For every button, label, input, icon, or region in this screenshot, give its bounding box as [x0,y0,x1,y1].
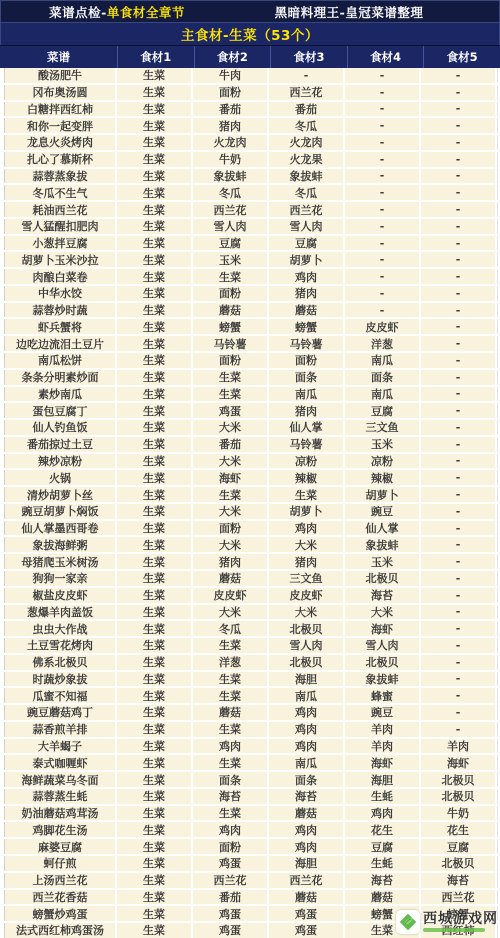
ingredient-cell: - [421,185,497,200]
table-row: 火锅生菜海虾辣椒辣椒- [0,470,500,487]
ingredient-cell: 鸡肉 [269,839,345,854]
ingredient-cell: 辣椒 [345,470,421,485]
header-left-title: 菜谱点检-单食材全章节 [1,3,233,21]
ingredient-cell: 冬瓜 [269,118,345,133]
ingredient-cell: - [421,387,497,402]
ingredient-cell: 蘑菇 [345,890,421,905]
ingredient-cell: 生菜 [117,638,193,653]
ingredient-cell: 猪肉 [269,286,345,301]
table-row: 中华水饺生菜面粉猪肉-- [0,286,500,303]
ingredient-cell: - [345,68,421,83]
ingredient-cell: - [345,303,421,318]
dish-name-cell: 泰式咖喱虾 [5,755,117,770]
ingredient-cell: 生蚝 [345,789,421,804]
ingredient-cell: 海苔 [193,789,269,804]
ingredient-cell: 生菜 [117,135,193,150]
ingredient-cell: - [345,102,421,117]
table-row: 冈布奥汤圆生菜面粉西兰花-- [0,85,500,102]
ingredient-cell: 洋葱 [345,336,421,351]
ingredient-cell: - [421,655,497,670]
ingredient-cell: 面粉 [193,521,269,536]
ingredient-cell: 鸡蛋 [269,906,345,921]
table-body: 酸汤肥牛生菜牛肉---冈布奥汤圆生菜面粉西兰花--白糖拌西红柿生菜番茄番茄--和… [0,68,500,938]
ingredient-cell: 生菜 [117,856,193,871]
table-row: 椒盐皮皮虾生菜皮皮虾皮皮虾海苔- [0,588,500,605]
ingredient-cell: 生菜 [117,487,193,502]
dish-name-cell: 南瓜松饼 [5,353,117,368]
ingredient-cell: - [421,554,497,569]
ingredient-cell: 海胆 [345,772,421,787]
header-left-highlight: 单食材全章节 [107,3,185,21]
ingredient-cell: - [421,470,497,485]
ingredient-cell: - [345,202,421,217]
ingredient-cell: 生菜 [345,923,421,938]
ingredient-cell: 生菜 [117,521,193,536]
ingredient-cell: 生菜 [117,319,193,334]
ingredient-cell: 蘑菇 [269,890,345,905]
ingredient-cell: 北极贝 [345,655,421,670]
ingredient-cell: 生菜 [117,873,193,888]
ingredient-cell: 三文鱼 [345,420,421,435]
ingredient-cell: 大米 [193,537,269,552]
dish-name-cell: 扎心了慕斯杯 [5,152,117,167]
ingredient-cell: 生菜 [117,353,193,368]
ingredient-cell: 羊肉 [345,739,421,754]
ingredient-cell: 生菜 [269,487,345,502]
ingredient-cell: 鸡肉 [345,806,421,821]
table-row: 西兰花香菇生菜番茄蘑菇蘑菇西兰花 [0,890,500,907]
table-row: 海鲜蔬菜乌冬面生菜面条面条海胆北极贝 [0,772,500,789]
table-row: 酸汤肥牛生菜牛肉--- [0,68,500,85]
ingredient-cell: 面条 [345,370,421,385]
table-row: 雪人猛醒扣肥肉生菜雪人肉雪人肉-- [0,219,500,236]
ingredient-cell: 蜂蜜 [345,688,421,703]
recipe-sheet: 菜谱点检-单食材全章节 黑暗料理王-皇冠菜谱整理 主食材-生菜（53个） 菜谱 … [0,0,500,938]
ingredient-cell: 鸡肉 [269,269,345,284]
dish-name-cell: 西兰花香菇 [5,890,117,905]
ingredient-cell: - [421,336,497,351]
ingredient-cell: - [421,303,497,318]
ingredient-cell: - [421,236,497,251]
ingredient-cell: 番茄 [193,437,269,452]
ingredient-cell: 生菜 [117,906,193,921]
ingredient-cell: 豆腐 [345,403,421,418]
ingredient-cell: 玉米 [345,554,421,569]
ingredient-cell: - [421,688,497,703]
ingredient-cell: - [421,152,497,167]
ingredient-cell: 花生 [421,822,497,837]
ingredient-cell: - [421,102,497,117]
ingredient-cell: 马铃薯 [193,336,269,351]
dish-name-cell: 蒜蓉蒸象拔 [5,169,117,184]
ingredient-cell: 面条 [269,370,345,385]
table-row: 鸡脚花生汤生菜鸡肉鸡肉花生花生 [0,822,500,839]
ingredient-cell: 豆腐 [421,839,497,854]
ingredient-cell: 生菜 [117,705,193,720]
dish-name-cell: 肉酿白菜卷 [5,269,117,284]
table-row: 肉酿白菜卷生菜生菜鸡肉-- [0,269,500,286]
ingredient-cell: - [421,487,497,502]
ingredient-cell: - [345,152,421,167]
ingredient-cell: - [345,185,421,200]
ingredient-cell: 生菜 [193,487,269,502]
column-header-ingredient3: 食材3 [271,46,348,68]
ingredient-cell: 北极贝 [269,621,345,636]
ingredient-cell: 面条 [193,772,269,787]
ingredient-cell: 南瓜 [269,755,345,770]
table-row: 清炒胡萝卜丝生菜生菜生菜胡萝卜- [0,487,500,504]
ingredient-cell: 鸡肉 [269,822,345,837]
dish-name-cell: 清炒胡萝卜丝 [5,487,117,502]
dish-name-cell: 法式西红柿鸡蛋汤 [5,923,117,938]
table-row: 蒜蓉蒸生蚝生菜海苔海苔生蚝北极贝 [0,789,500,806]
table-row: 边吃边流泪土豆片生菜马铃薯马铃薯洋葱- [0,336,500,353]
ingredient-cell: 北极贝 [421,789,497,804]
ingredient-cell: 鸡肉 [193,822,269,837]
ingredient-cell: 生菜 [117,303,193,318]
ingredient-cell: 生菜 [193,688,269,703]
ingredient-cell: 面粉 [193,286,269,301]
ingredient-cell: 鸡肉 [269,521,345,536]
dish-name-cell: 冈布奥汤圆 [5,85,117,100]
dish-name-cell: 边吃边流泪土豆片 [5,336,117,351]
ingredient-cell: 仙人掌 [269,420,345,435]
dish-name-cell: 象拔海鲜粥 [5,537,117,552]
table-row: 辣炒凉粉生菜大米凉粉凉粉- [0,454,500,471]
ingredient-cell: 鸡蛋 [269,923,345,938]
ingredient-cell: 北极贝 [421,856,497,871]
ingredient-cell: - [421,353,497,368]
ingredient-cell: - [421,219,497,234]
table-row: 麻婆豆腐生菜面粉鸡肉豆腐豆腐 [0,839,500,856]
ingredient-cell: 生菜 [117,185,193,200]
ingredient-cell: - [269,68,345,83]
table-row: 法式西红柿鸡蛋汤生菜鸡蛋鸡蛋生菜西红柿 [0,923,500,938]
ingredient-cell: 番茄 [193,102,269,117]
dish-name-cell: 小葱拌豆腐 [5,236,117,251]
column-header-ingredient1: 食材1 [118,46,195,68]
ingredient-cell: 生菜 [117,437,193,452]
ingredient-cell: 羊肉 [345,722,421,737]
ingredient-cell: 玉米 [345,437,421,452]
ingredient-cell: - [345,286,421,301]
ingredient-cell: 蘑菇 [269,806,345,821]
ingredient-cell: - [421,705,497,720]
ingredient-cell: 雪人肉 [269,638,345,653]
dish-name-cell: 蒜蓉炒时蔬 [5,303,117,318]
ingredient-cell: 辣椒 [269,470,345,485]
ingredient-cell: 胡萝卜 [269,504,345,519]
ingredient-cell: 冬瓜 [193,185,269,200]
ingredient-cell: 海胆 [269,856,345,871]
ingredient-cell: 豆腐 [269,236,345,251]
column-header-ingredient4: 食材4 [348,46,425,68]
header-right-title: 黑暗料理王-皇冠菜谱整理 [233,3,499,21]
ingredient-cell: 生菜 [117,85,193,100]
ingredient-cell: 胡萝卜 [269,252,345,267]
ingredient-cell: 羊肉 [421,739,497,754]
ingredient-cell: 海虾 [193,470,269,485]
ingredient-cell: 火龙果 [269,152,345,167]
ingredient-cell: 面粉 [193,839,269,854]
ingredient-cell: 面粉 [193,353,269,368]
ingredient-cell: 豆腐 [345,839,421,854]
ingredient-cell: 生菜 [117,571,193,586]
ingredient-cell: 生菜 [117,169,193,184]
dish-name-cell: 仙人钓鱼饭 [5,420,117,435]
ingredient-cell: - [421,605,497,620]
dish-name-cell: 龙息火炎烤肉 [5,135,117,150]
column-header-ingredient5: 食材5 [424,46,500,68]
table-row: 葱爆羊肉盖饭生菜大米大米大米- [0,605,500,622]
dish-name-cell: 椒盐皮皮虾 [5,588,117,603]
ingredient-cell: - [421,370,497,385]
ingredient-cell: 蘑菇 [193,303,269,318]
ingredient-cell: 生菜 [117,420,193,435]
ingredient-cell: 番茄 [193,890,269,905]
ingredient-cell: 生菜 [117,822,193,837]
ingredient-cell: 蘑菇 [193,705,269,720]
ingredient-cell: 生菜 [193,370,269,385]
dish-name-cell: 中华水饺 [5,286,117,301]
dish-name-cell: 豌豆蘑菇鸡丁 [5,705,117,720]
ingredient-cell: 海苔 [345,588,421,603]
dish-name-cell: 葱爆羊肉盖饭 [5,605,117,620]
ingredient-cell: 凉粉 [269,454,345,469]
ingredient-cell: 生菜 [193,722,269,737]
ingredient-cell: 西红柿 [421,923,497,938]
subtitle-bar: 主食材-生菜（53个） [0,23,500,45]
ingredient-cell: - [421,638,497,653]
ingredient-cell: 生菜 [117,118,193,133]
ingredient-cell: - [421,537,497,552]
ingredient-cell: 鸡肉 [193,739,269,754]
dish-name-cell: 虾兵蟹将 [5,319,117,334]
table-row: 耗油西兰花生菜西兰花西兰花-- [0,202,500,219]
ingredient-cell: 火龙肉 [269,135,345,150]
ingredient-cell: 鸡蛋 [193,403,269,418]
ingredient-cell: 雪人肉 [345,638,421,653]
table-row: 蛋包豆腐丁生菜鸡蛋猪肉豆腐- [0,403,500,420]
ingredient-cell: 螃蟹 [193,319,269,334]
ingredient-cell: 猪肉 [269,403,345,418]
ingredient-cell: - [421,672,497,687]
dish-name-cell: 番茄掠过土豆 [5,437,117,452]
ingredient-cell: - [421,319,497,334]
ingredient-cell: 生菜 [117,537,193,552]
ingredient-cell: 面条 [269,772,345,787]
table-row: 豌豆蘑菇鸡丁生菜蘑菇鸡肉豌豆- [0,705,500,722]
ingredient-cell: 鸡蛋 [193,923,269,938]
ingredient-cell: - [421,571,497,586]
ingredient-cell: 生菜 [117,722,193,737]
ingredient-cell: 豌豆 [345,504,421,519]
ingredient-cell: 生菜 [117,890,193,905]
ingredient-cell: 蘑菇 [269,303,345,318]
ingredient-cell: 南瓜 [345,387,421,402]
dish-name-cell: 奶油蘑菇鸡茸汤 [5,806,117,821]
table-row: 上汤西兰花生菜西兰花西兰花海苔海苔 [0,873,500,890]
table-row: 土豆雪花烤肉生菜生菜雪人肉雪人肉- [0,638,500,655]
ingredient-cell: 豌豆 [345,705,421,720]
ingredient-cell: - [421,504,497,519]
dish-name-cell: 鸡脚花生汤 [5,822,117,837]
table-row: 象拔海鲜粥生菜大米大米象拔蚌- [0,537,500,554]
ingredient-cell: 生菜 [117,588,193,603]
dish-name-cell: 冬瓜不生气 [5,185,117,200]
ingredient-cell: 象拔蚌 [193,169,269,184]
ingredient-cell: 南瓜 [269,688,345,703]
ingredient-cell: 海苔 [345,873,421,888]
column-header-recipe: 菜谱 [0,46,118,68]
ingredient-cell: - [421,269,497,284]
table-row: 冬瓜不生气生菜冬瓜冬瓜-- [0,185,500,202]
ingredient-cell: 生菜 [117,102,193,117]
ingredient-cell: - [345,219,421,234]
ingredient-cell: 南瓜 [269,387,345,402]
ingredient-cell: 生菜 [117,839,193,854]
ingredient-cell: 象拔蚌 [269,169,345,184]
dish-name-cell: 耗油西兰花 [5,202,117,217]
ingredient-cell: - [345,135,421,150]
table-row: 素炒南瓜生菜生菜南瓜南瓜- [0,387,500,404]
ingredient-cell: 生菜 [117,202,193,217]
ingredient-cell: 生菜 [117,370,193,385]
ingredient-cell: 海虾 [345,621,421,636]
table-row: 龙息火炎烤肉生菜火龙肉火龙肉-- [0,135,500,152]
dish-name-cell: 雪人猛醒扣肥肉 [5,219,117,234]
column-header-ingredient2: 食材2 [195,46,272,68]
table-row: 仙人掌墨西哥卷生菜面粉鸡肉仙人掌- [0,521,500,538]
dish-name-cell: 蒜蓉蒸生蚝 [5,789,117,804]
ingredient-cell: 生菜 [117,152,193,167]
ingredient-cell: - [421,68,497,83]
ingredient-cell: 猪肉 [193,118,269,133]
dish-name-cell: 母猪爬玉米树汤 [5,554,117,569]
ingredient-cell: 生菜 [117,470,193,485]
ingredient-cell: 海虾 [421,755,497,770]
ingredient-cell: 北极贝 [345,571,421,586]
ingredient-cell: 海胆 [269,672,345,687]
ingredient-cell: 生菜 [117,772,193,787]
ingredient-cell: 海虾 [345,755,421,770]
ingredient-cell: 马铃薯 [269,437,345,452]
ingredient-cell: 面粉 [193,85,269,100]
ingredient-cell: 面粉 [269,353,345,368]
ingredient-cell: 冬瓜 [269,185,345,200]
ingredient-cell: 生菜 [193,269,269,284]
ingredient-cell: 牛肉 [193,68,269,83]
table-row: 番茄掠过土豆生菜番茄马铃薯玉米- [0,437,500,454]
ingredient-cell: 鸡肉 [269,739,345,754]
ingredient-cell: 生菜 [117,269,193,284]
ingredient-cell: 生菜 [117,387,193,402]
ingredient-cell: 生菜 [117,806,193,821]
ingredient-cell: - [421,85,497,100]
table-row: 豌豆胡萝卜焖饭生菜大米胡萝卜豌豆- [0,504,500,521]
dish-name-cell: 佛系北极贝 [5,655,117,670]
table-row: 扎心了慕斯杯生菜牛奶火龙果-- [0,152,500,169]
ingredient-cell: 猪肉 [269,554,345,569]
ingredient-cell: - [421,252,497,267]
ingredient-cell: 雪人肉 [269,219,345,234]
ingredient-cell: 西兰花 [269,202,345,217]
dish-name-cell: 狗狗一家亲 [5,571,117,586]
ingredient-cell: 生菜 [193,638,269,653]
dish-name-cell: 螃蟹炒鸡蛋 [5,906,117,921]
ingredient-cell: 生菜 [117,403,193,418]
ingredient-cell: 大米 [345,605,421,620]
table-row: 佛系北极贝生菜洋葱北极贝北极贝- [0,655,500,672]
table-row: 虫虫大作战生菜冬瓜北极贝海虾- [0,621,500,638]
ingredient-cell: 生菜 [117,219,193,234]
ingredient-cell: 凉粉 [345,454,421,469]
table-row: 和你一起变胖生菜猪肉冬瓜-- [0,118,500,135]
table-row: 条条分明素炒面生菜生菜面条面条- [0,370,500,387]
ingredient-cell: 仙人掌 [345,521,421,536]
table-row: 大羊蝎子生菜鸡肉鸡肉羊肉羊肉 [0,739,500,756]
dish-name-cell: 白糖拌西红柿 [5,102,117,117]
dish-name-cell: 麻婆豆腐 [5,839,117,854]
dish-name-cell: 仙人掌墨西哥卷 [5,521,117,536]
ingredient-cell: - [345,169,421,184]
ingredient-cell: 螃蟹 [345,906,421,921]
table-row: 时蔬炒象拔生菜生菜海胆象拔蚌- [0,672,500,689]
ingredient-cell: - [345,269,421,284]
ingredient-cell: 西兰花 [269,873,345,888]
ingredient-cell: - [345,118,421,133]
ingredient-cell: 皮皮虾 [345,319,421,334]
dish-name-cell: 酸汤肥牛 [5,68,117,83]
dish-name-cell: 上汤西兰花 [5,873,117,888]
ingredient-cell: 生菜 [117,504,193,519]
ingredient-cell: 生菜 [117,923,193,938]
ingredient-cell: - [345,236,421,251]
ingredient-cell: - [421,521,497,536]
ingredient-cell: 生菜 [193,806,269,821]
table-row: 螃蟹炒鸡蛋生菜鸡蛋鸡蛋螃蟹螃蟹 [0,906,500,923]
dish-name-cell: 辣炒凉粉 [5,454,117,469]
ingredient-cell: 蘑菇 [193,571,269,586]
ingredient-cell: 鸡肉 [269,705,345,720]
table-row: 仙人钓鱼饭生菜大米仙人掌三文鱼- [0,420,500,437]
ingredient-cell: 皮皮虾 [193,588,269,603]
ingredient-cell: 生菜 [117,739,193,754]
table-row: 蒜香煎羊排生菜生菜鸡肉羊肉- [0,722,500,739]
table-row: 虾兵蟹将生菜螃蟹螃蟹皮皮虾- [0,319,500,336]
ingredient-cell: 鸡肉 [269,722,345,737]
table-row: 小葱拌豆腐生菜豆腐豆腐-- [0,236,500,253]
ingredient-cell: 生菜 [117,605,193,620]
dish-name-cell: 豌豆胡萝卜焖饭 [5,504,117,519]
ingredient-cell: - [421,403,497,418]
table-row: 母猪爬玉米树汤生菜猪肉猪肉玉米- [0,554,500,571]
ingredient-cell: 大米 [193,504,269,519]
ingredient-cell: 大米 [193,454,269,469]
ingredient-cell: - [421,202,497,217]
table-row: 胡萝卜玉米沙拉生菜玉米胡萝卜-- [0,252,500,269]
dish-name-cell: 瓜蜜不知福 [5,688,117,703]
ingredient-cell: 大米 [269,537,345,552]
dish-name-cell: 和你一起变胖 [5,118,117,133]
ingredient-cell: 海苔 [269,789,345,804]
ingredient-cell: 生菜 [117,454,193,469]
ingredient-cell: 皮皮虾 [269,588,345,603]
ingredient-cell: 生菜 [117,236,193,251]
ingredient-cell: 北极贝 [269,655,345,670]
ingredient-cell: 牛奶 [193,152,269,167]
ingredient-cell: 大米 [193,420,269,435]
